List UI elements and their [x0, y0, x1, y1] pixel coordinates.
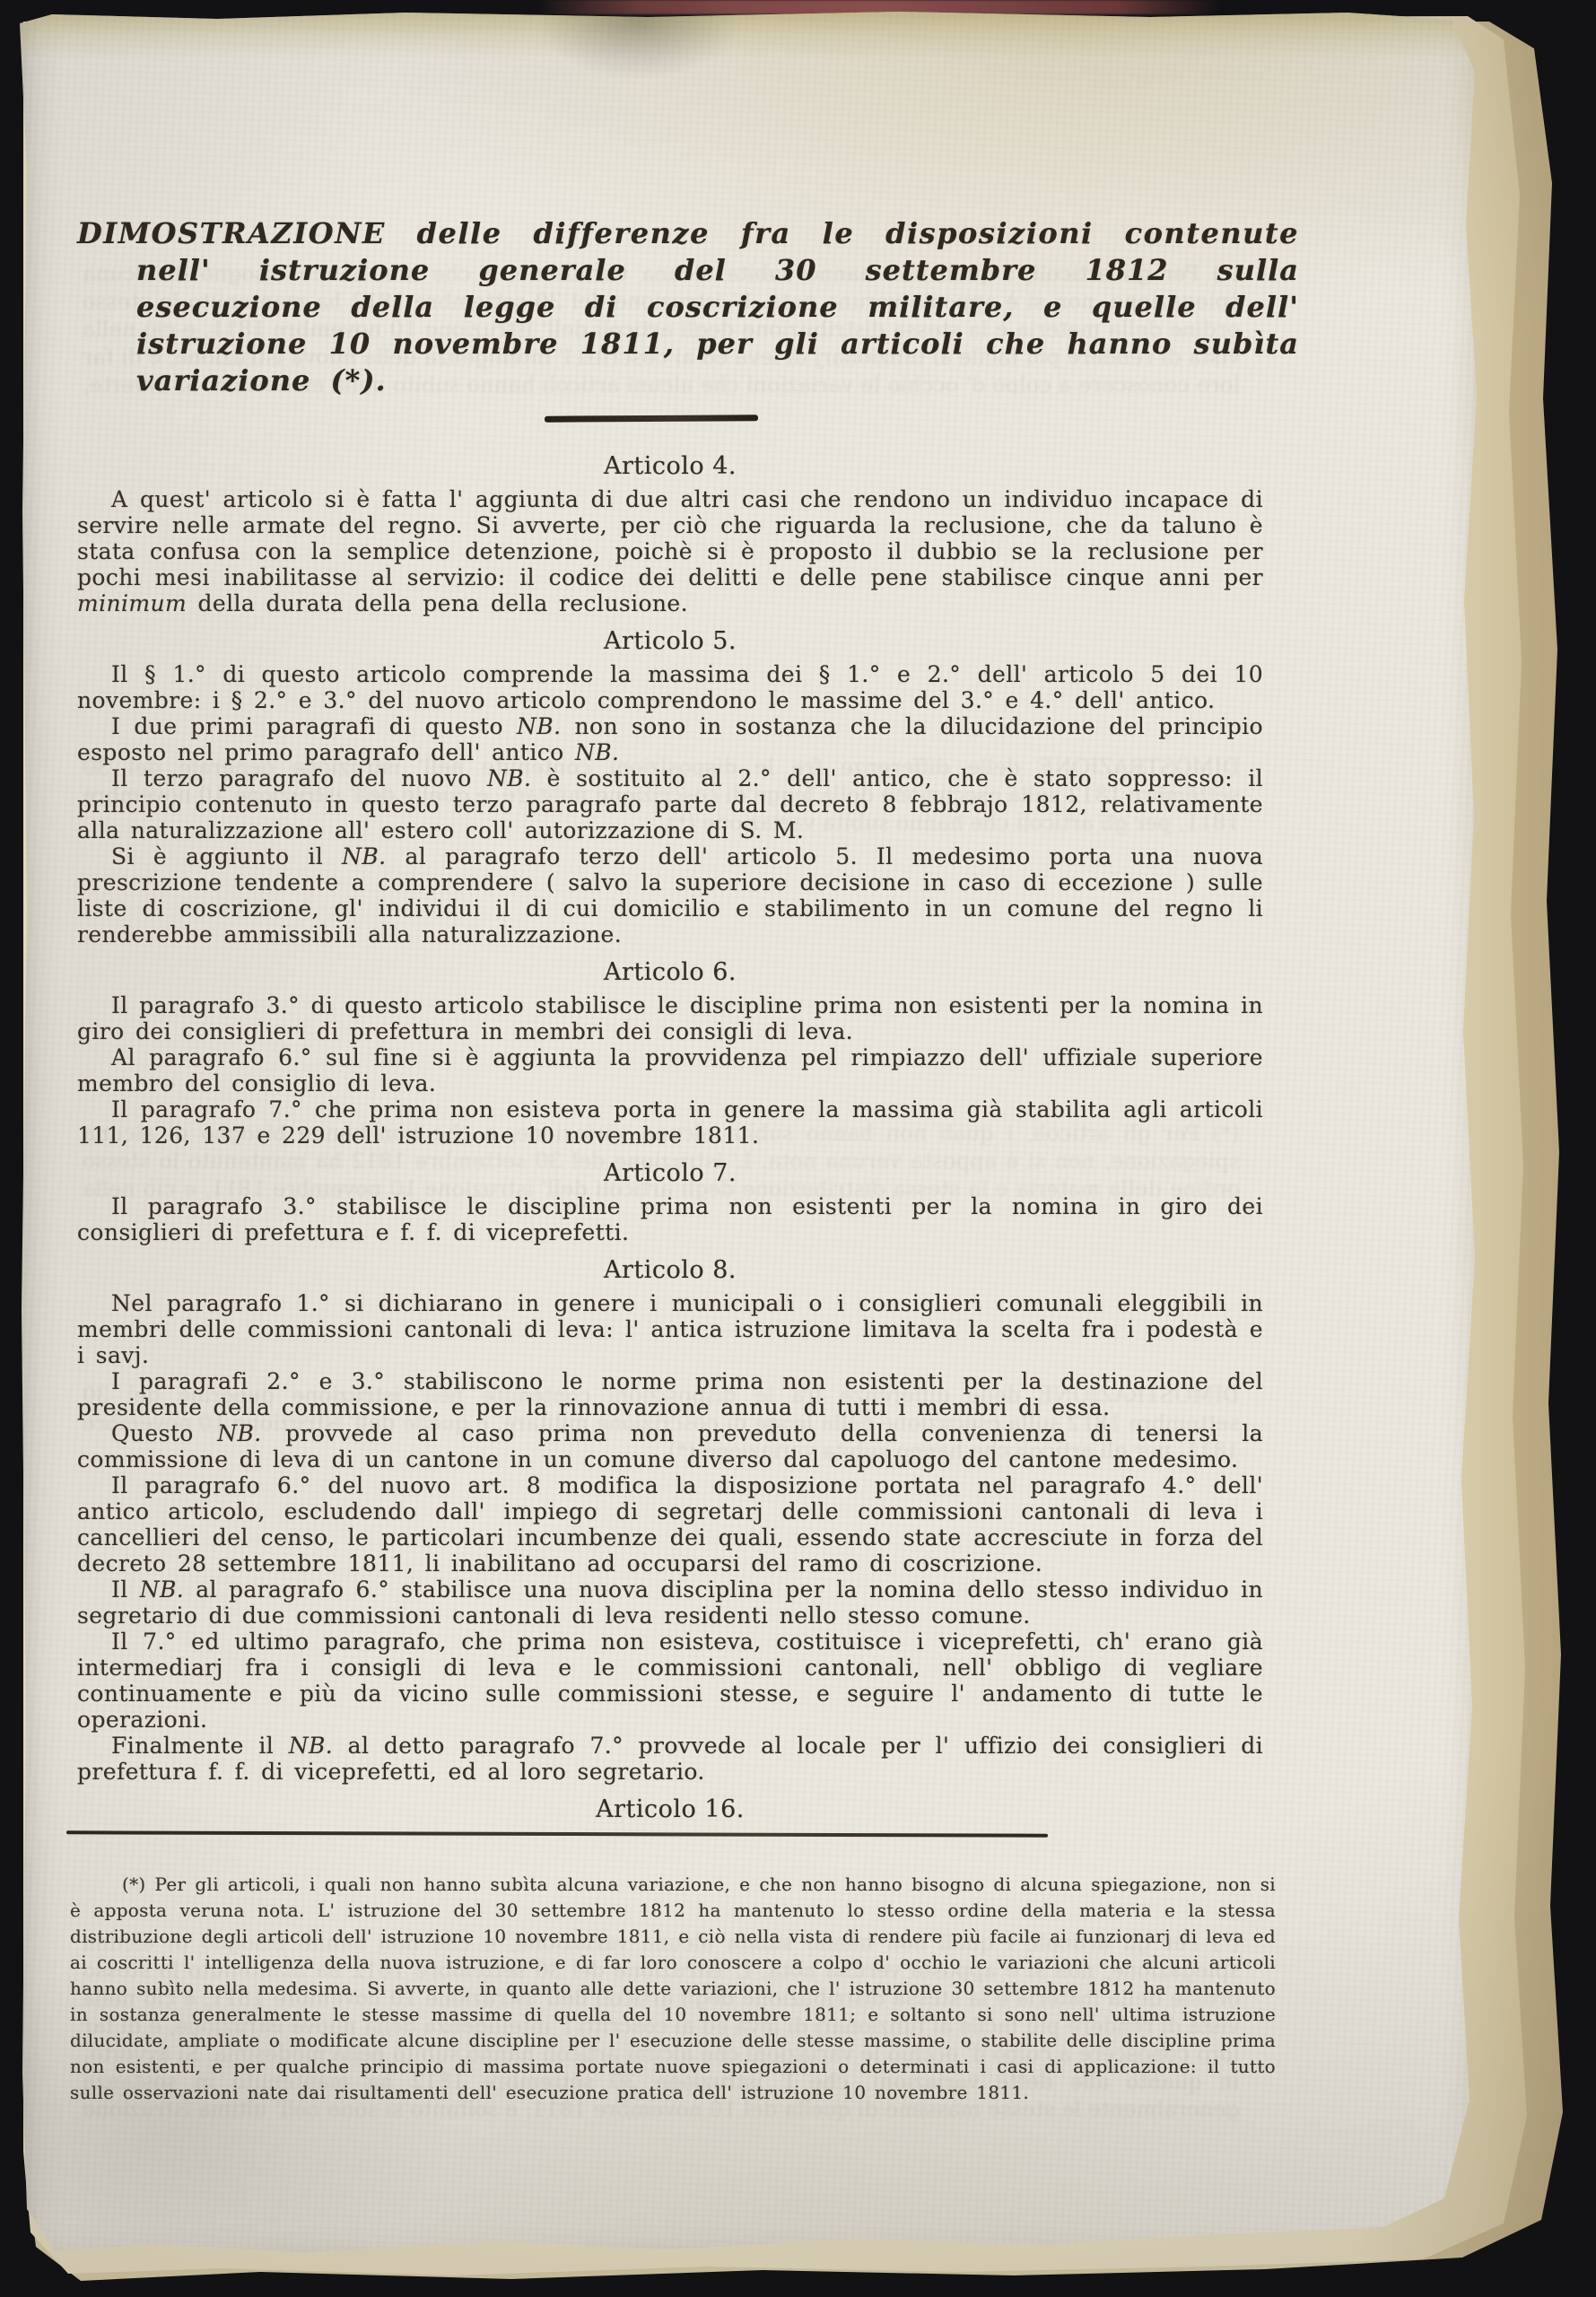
document-title: DIMOSTRAZIONE delle differenze fra le di…: [77, 215, 1299, 399]
article-paragraph: Questo NB. provvede al caso prima non pr…: [77, 1420, 1263, 1472]
article-paragraph: Il 7.° ed ultimo paragrafo, che prima no…: [77, 1629, 1263, 1733]
article-paragraph: Il paragrafo 3.° stabilisce le disciplin…: [77, 1193, 1263, 1245]
title-separator-rule: [545, 415, 758, 422]
articles-container: Articolo 4.A quest' articolo si è fatta …: [77, 441, 1263, 1830]
article-paragraph: Il terzo paragrafo del nuovo NB. è sosti…: [77, 765, 1263, 843]
article-paragraph: I paragrafi 2.° e 3.° stabiliscono le no…: [77, 1368, 1263, 1420]
page-content: DIMOSTRAZIONE delle differenze fra le di…: [20, 9, 1491, 2268]
article-paragraph: A quest' articolo si è fatta l' aggiunta…: [77, 486, 1263, 616]
article-paragraph: Il paragrafo unico e fondamentale di que…: [77, 1830, 1263, 1830]
article-heading: Articolo 7.: [77, 1160, 1263, 1187]
article-paragraph: Nel paragrafo 1.° si dichiarano in gener…: [77, 1290, 1263, 1368]
footnote: (*) Per gli articoli, i quali non hanno …: [70, 1872, 1276, 2106]
article-heading: Articolo 5.: [77, 628, 1263, 655]
photograph-background: (*) Per gli articoli, i quali non hanno …: [0, 0, 1596, 2297]
article-heading: Articolo 6.: [77, 959, 1263, 986]
article-paragraph: Il paragrafo 6.° del nuovo art. 8 modifi…: [77, 1472, 1263, 1576]
article-paragraph: Il NB. al paragrafo 6.° stabilisce una n…: [77, 1576, 1263, 1629]
article-paragraph: Finalmente il NB. al detto paragrafo 7.°…: [77, 1733, 1263, 1785]
article-paragraph: Il paragrafo 7.° che prima non esisteva …: [77, 1096, 1263, 1148]
article-heading: Articolo 16.: [77, 1796, 1263, 1823]
article-paragraph: I due primi paragrafi di questo NB. non …: [77, 713, 1263, 765]
article-paragraph: Il paragrafo 3.° di questo articolo stab…: [77, 992, 1263, 1044]
article-paragraph: Al paragrafo 6.° sul fine si è aggiunta …: [77, 1044, 1263, 1096]
article-paragraph: Il § 1.° di questo articolo comprende la…: [77, 661, 1263, 713]
footnote-separator-rule: [66, 1830, 1048, 1837]
article-heading: Articolo 8.: [77, 1257, 1263, 1284]
article-heading: Articolo 4.: [77, 453, 1263, 480]
article-paragraph: Si è aggiunto il NB. al paragrafo terzo …: [77, 843, 1263, 948]
document-page: (*) Per gli articoli, i quali non hanno …: [20, 9, 1491, 2268]
